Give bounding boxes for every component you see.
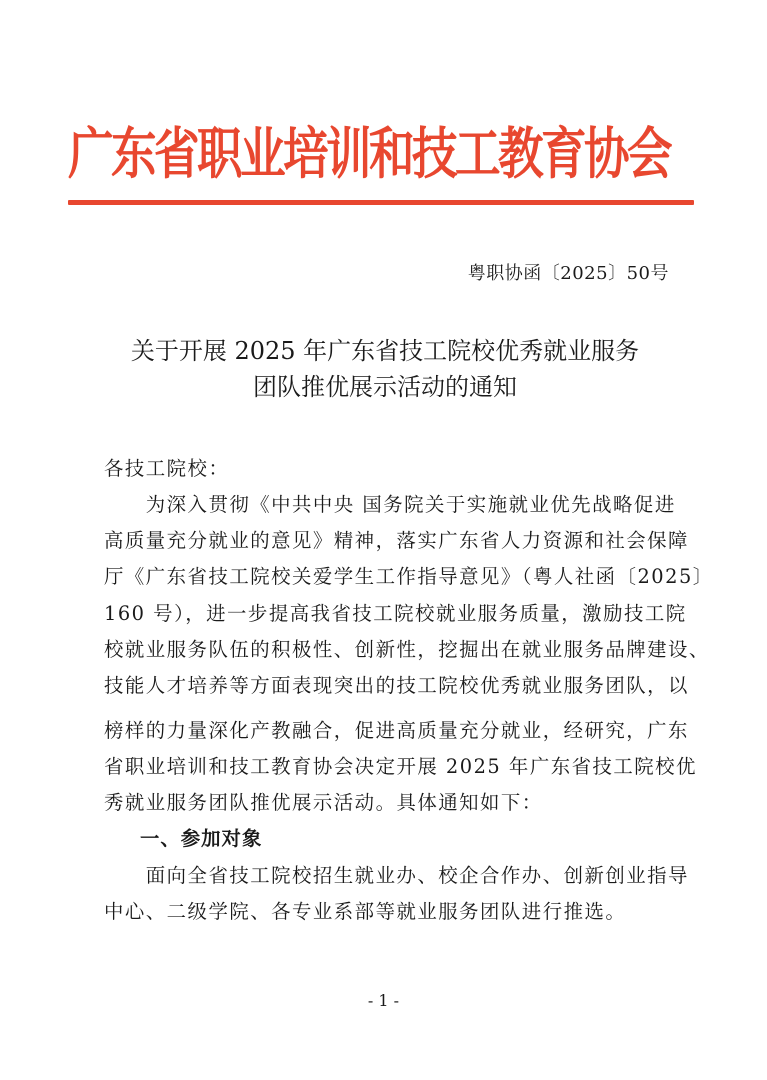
section-body-line: 面向全省技工院校招生就业办、校企合作办、创新创业指导 <box>104 858 674 894</box>
organization-letterhead: 广东省职业培训和技工教育协会 <box>68 118 610 192</box>
body-line: 省职业培训和技工教育协会决定开展 2025 年广东省技工院校优 <box>104 749 674 785</box>
section-body-line: 中心、二级学院、各专业系部等就业服务团队进行推选。 <box>104 894 674 930</box>
body-line: 秀就业服务团队推优展示活动。具体通知如下： <box>104 785 674 821</box>
document-number: 粤职协函〔2025〕50号 <box>468 262 669 286</box>
body-line: 技能人才培养等方面表现突出的技工院校优秀就业服务团队，以 <box>104 668 674 704</box>
document-title-line-2: 团队推优展示活动的通知 <box>90 365 680 409</box>
body-line: 高质量充分就业的意见》精神，落实广东省人力资源和社会保障 <box>104 523 674 559</box>
salutation: 各技工院校： <box>104 451 674 487</box>
letterhead-red-rule <box>68 200 694 205</box>
body-line: 为深入贯彻《中共中央 国务院关于实施就业优先战略促进 <box>104 487 674 523</box>
body-line: 160 号），进一步提高我省技工院校就业服务质量，激励技工院 <box>104 596 674 632</box>
body-line: 榜样的力量深化产教融合，促进高质量充分就业，经研究，广东 <box>104 713 674 749</box>
page-number: - 1 - <box>0 990 767 1012</box>
body-line: 厅《广东省技工院校关爱学生工作指导意见》（粤人社函〔2025〕 <box>104 559 674 595</box>
section-heading-participants: 一、参加对象 <box>140 821 262 857</box>
body-line: 校就业服务队伍的积极性、创新性，挖掘出在就业服务品牌建设、 <box>104 632 674 668</box>
